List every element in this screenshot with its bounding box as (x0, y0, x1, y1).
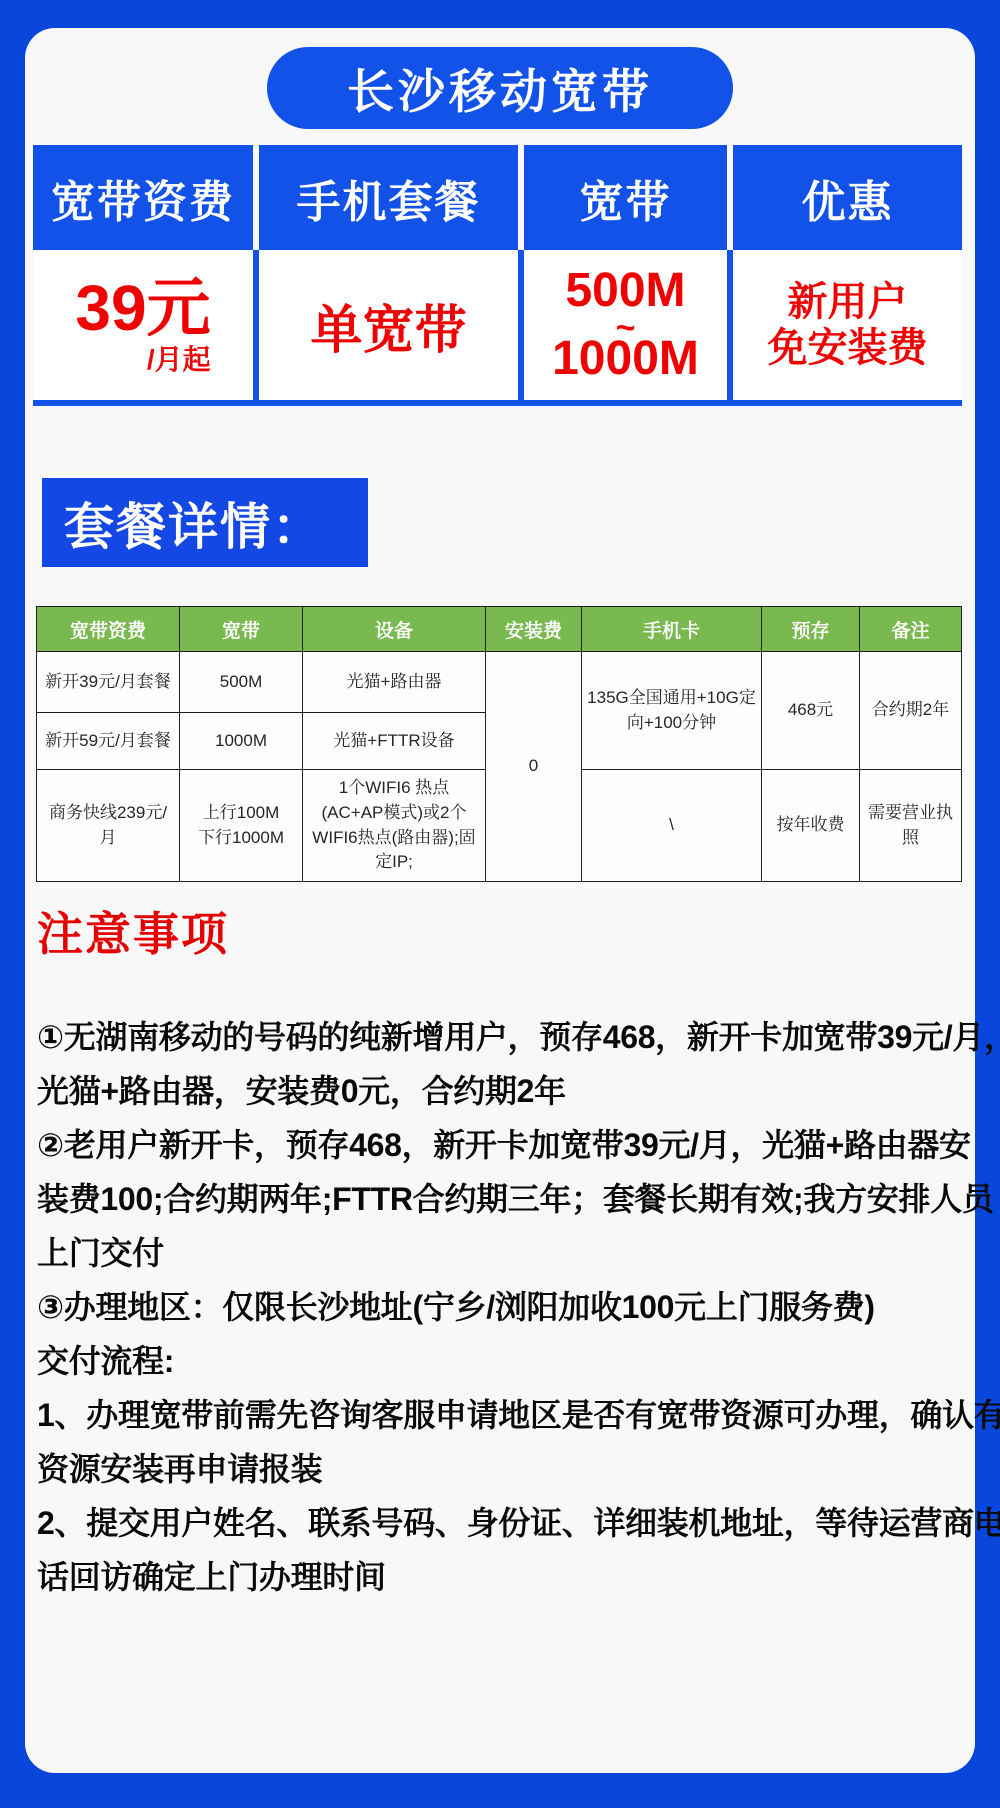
prepay-value: 468元 (762, 652, 860, 770)
summary-header-row: 宽带资费 手机套餐 宽带 优惠 (33, 145, 962, 250)
price-cell: 39元 /月起 (33, 250, 253, 400)
summary-bottom-border (33, 400, 962, 406)
note-line: ②老用户新开卡，预存468，新开卡加宽带39元/月，光猫+路由器安 (37, 1118, 969, 1172)
col-broadband-fee: 宽带资费 (37, 607, 180, 652)
col-sim-card: 手机卡 (582, 607, 762, 652)
note-line: 话回访确定上门办理时间 (37, 1550, 969, 1604)
note-line: 装费100;合约期两年;FTTR合约期三年；套餐长期有效;我方安排人员 (37, 1172, 969, 1226)
note-value: 合约期2年 (860, 652, 962, 770)
note-line: 资源安装再申请报装 (37, 1442, 969, 1496)
plan1-price: 新开39元/月套餐 (37, 652, 180, 713)
plan-cell: 单宽带 (259, 250, 518, 400)
plan-value: 单宽带 (310, 288, 466, 363)
speed-max: 1000M (552, 335, 699, 383)
details-heading: 套餐详情： (42, 478, 368, 567)
plan3-note: 需要营业执照 (860, 770, 962, 882)
notes-heading: 注意事项 (37, 898, 969, 964)
summary-header-broadband-fee: 宽带资费 (33, 145, 253, 250)
speed-cell: 500M ~ 1000M (524, 250, 727, 400)
price-value: 39元 (75, 276, 210, 340)
plan2-speed: 1000M (180, 713, 303, 770)
note-line: 光猫+路由器，安装费0元，合约期2年 (37, 1064, 969, 1118)
note-line: ①无湖南移动的号码的纯新增用户，预存468，新开卡加宽带39元/月， (37, 1010, 969, 1064)
plan3-prepay: 按年收费 (762, 770, 860, 882)
details-table: 宽带资费 宽带 设备 安装费 手机卡 预存 备注 新开39元/月套餐 500M … (36, 606, 962, 882)
plan2-price: 新开59元/月套餐 (37, 713, 180, 770)
promo-poster: 长沙移动宽带 宽带资费 手机套餐 宽带 优惠 39元 /月起 单宽带 (0, 0, 1000, 1808)
note-line: ③办理地区：仅限长沙地址(宁乡/浏阳加收100元上门服务费) (37, 1280, 969, 1334)
col-install-fee: 安装费 (486, 607, 582, 652)
page-title: 长沙移动宽带 (267, 47, 733, 129)
summary-table: 宽带资费 手机套餐 宽带 优惠 39元 /月起 单宽带 500M (33, 145, 962, 406)
summary-header-broadband: 宽带 (524, 145, 727, 250)
price-unit: /月起 (75, 346, 210, 374)
plan3-sim: \ (582, 770, 762, 882)
offer-cell: 新用户 免安装费 (733, 250, 962, 400)
col-broadband: 宽带 (180, 607, 303, 652)
plan3-device: 1个WIFI6 热点(AC+AP模式)或2个WIFI6热点(路由器);固定IP; (303, 770, 486, 882)
note-line: 交付流程: (37, 1334, 969, 1388)
notes-section: 注意事项 ①无湖南移动的号码的纯新增用户，预存468，新开卡加宽带39元/月， … (37, 898, 969, 1604)
plan1-device: 光猫+路由器 (303, 652, 486, 713)
sim-card-value: 135G全国通用+10G定向+100分钟 (582, 652, 762, 770)
offer-line2: 免安装费 (768, 325, 928, 371)
speed-min: 500M (552, 267, 699, 315)
details-header-row: 宽带资费 宽带 设备 安装费 手机卡 预存 备注 (37, 607, 962, 652)
note-line: 1、办理宽带前需先咨询客服申请地区是否有宽带资源可办理，确认有 (37, 1388, 969, 1442)
summary-value-row: 39元 /月起 单宽带 500M ~ 1000M 新用户 免安装费 (33, 250, 962, 400)
table-row: 新开39元/月套餐 500M 光猫+路由器 0 135G全国通用+10G定向+1… (37, 652, 962, 713)
plan3-speed: 上行100M 下行1000M (180, 770, 303, 882)
plan3-speed-down: 下行1000M (185, 826, 297, 851)
col-note: 备注 (860, 607, 962, 652)
plan3-speed-up: 上行100M (185, 801, 297, 826)
offer-line1: 新用户 (768, 279, 928, 325)
plan2-device: 光猫+FTTR设备 (303, 713, 486, 770)
plan3-price: 商务快线239元/月 (37, 770, 180, 882)
col-device: 设备 (303, 607, 486, 652)
col-prepay: 预存 (762, 607, 860, 652)
note-line: 上门交付 (37, 1226, 969, 1280)
summary-header-phone-plan: 手机套餐 (259, 145, 518, 250)
note-line: 2、提交用户姓名、联系号码、身份证、详细装机地址，等待运营商电 (37, 1496, 969, 1550)
plan1-speed: 500M (180, 652, 303, 713)
summary-header-offer: 优惠 (733, 145, 962, 250)
install-fee-value: 0 (486, 652, 582, 882)
